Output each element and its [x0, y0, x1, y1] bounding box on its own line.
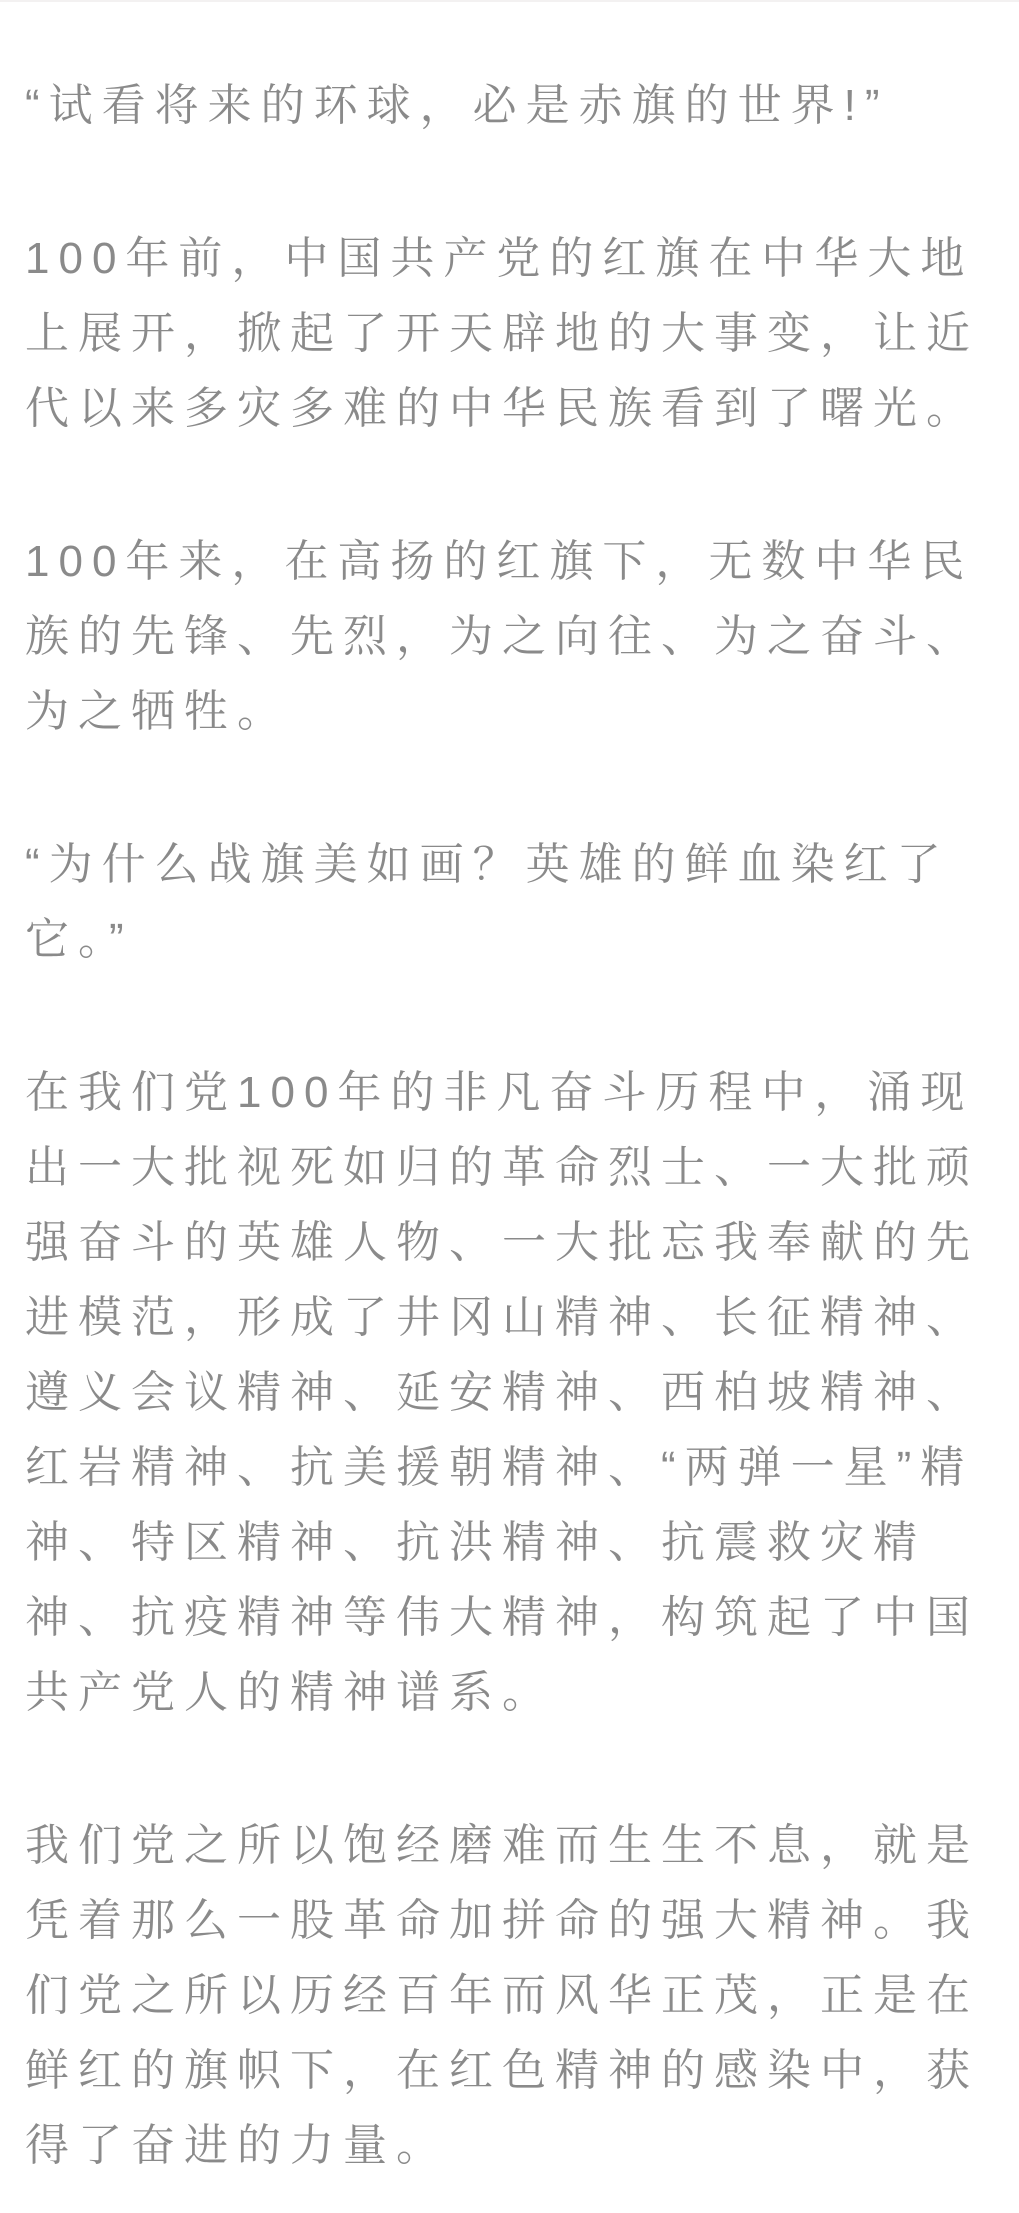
- article-page: “试看将来的环球，必是赤旗的世界!” 100年前，中国共产党的红旗在中华大地上展…: [0, 0, 1019, 2213]
- article-paragraph: 在我们党100年的非凡奋斗历程中，涌现出一大批视死如归的革命烈士、一大批顽强奋斗…: [25, 1055, 992, 1730]
- article-paragraph-quote-2: “为什么战旗美如画？英雄的鲜血染红了它。”: [25, 827, 992, 977]
- article-paragraph: 100年来，在高扬的红旗下，无数中华民族的先锋、先烈，为之向往、为之奋斗、为之牺…: [25, 524, 992, 749]
- article-body: “试看将来的环球，必是赤旗的世界!” 100年前，中国共产党的红旗在中华大地上展…: [0, 2, 1019, 2213]
- article-paragraph-quote-1: “试看将来的环球，必是赤旗的世界!”: [25, 68, 992, 143]
- article-paragraph: 我们党之所以饱经磨难而生生不息，就是凭着那么一股革命加拼命的强大精神。我们党之所…: [25, 1808, 992, 2183]
- article-paragraph: 100年前，中国共产党的红旗在中华大地上展开，掀起了开天辟地的大事变，让近代以来…: [25, 221, 992, 446]
